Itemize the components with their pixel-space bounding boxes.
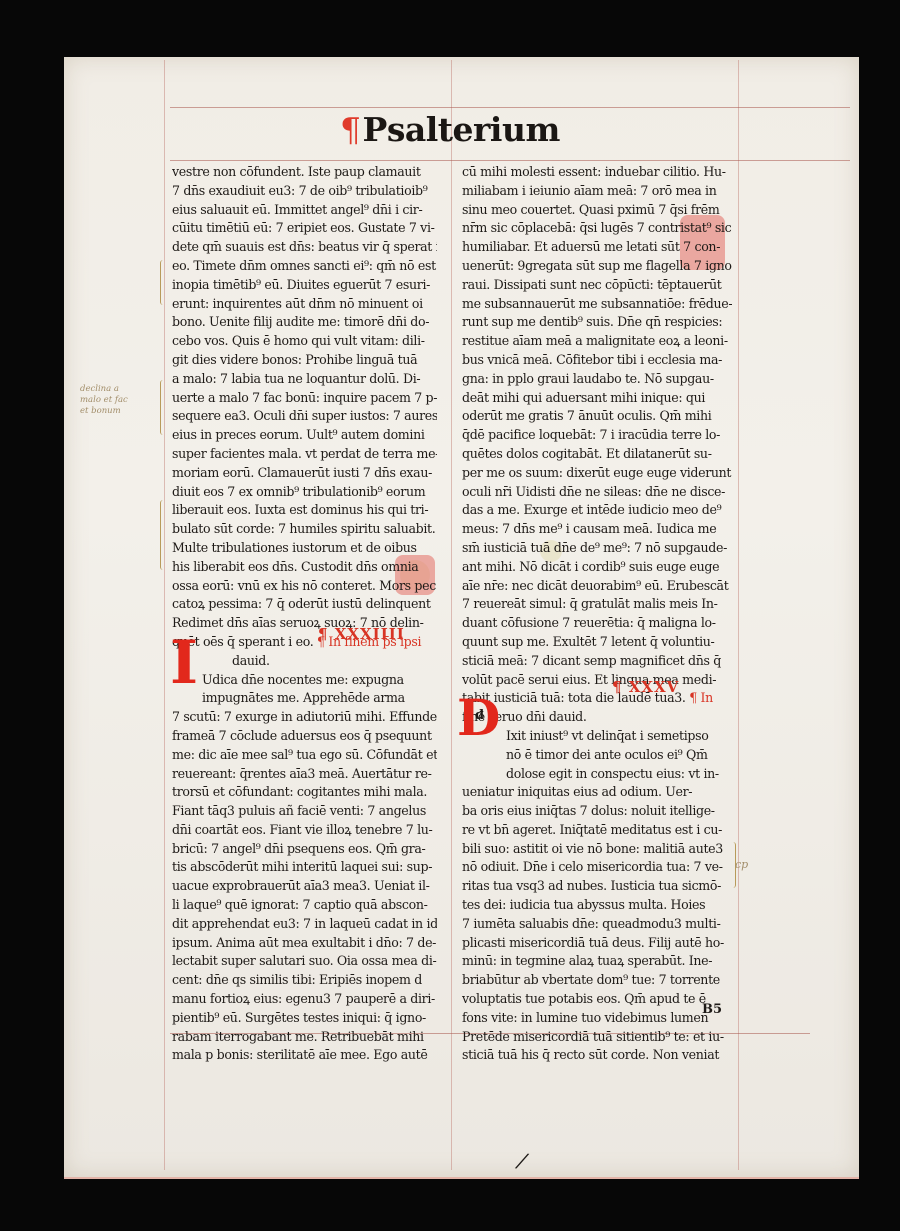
text-line: 7 iumēta saluabis dn̄e: queadmodu3 multi…	[462, 915, 732, 934]
annotation-line: declina a	[80, 384, 160, 395]
text-line: uacue exprobrauerūt aīa3 mea3. Ueniat il…	[172, 877, 437, 896]
ruling-line-center	[451, 60, 452, 1170]
pilcrow-icon: ¶	[340, 110, 361, 149]
text-line: a malo: 7 labia tua ne loquantur dolū. D…	[172, 370, 437, 389]
text-line: eius saluauit eū. Immittet angel⁹ dn̄i i…	[172, 201, 437, 220]
text-line: cū mihi molesti essent: induebar cilitio…	[462, 163, 732, 182]
text-line: erunt: inquirentes aūt dn̄m nō minuent o…	[172, 295, 437, 314]
text-line: dete qm̄ suauis est dn̄s: beatus vir q̄ …	[172, 238, 437, 257]
text-line: reuereant: q̄rentes aīa3 meā. Auertātur …	[172, 765, 437, 784]
text-line: aīe nr̄e: nec dicāt deuorabim⁹ eū. Erube…	[462, 577, 732, 596]
text-line: cent: dn̄e qs similis tibi: Eripiēs inop…	[172, 971, 437, 990]
text-line: sm̄ iusticiā tuā dn̄e de⁹ me⁹: 7 nō supg…	[462, 539, 732, 558]
text-line: fons vite: in lumine tuo videbimus lumen	[462, 1009, 732, 1028]
text-line: das a me. Exurge et intēde iudicio meo d…	[462, 501, 732, 520]
rubric-heading: ¶ In	[689, 690, 713, 705]
ruling-line-top	[170, 107, 850, 108]
text-line: ant mihi. Nō dicāt i cordib⁹ suis euge e…	[462, 558, 732, 577]
text-line: bono. Uenite filij audite me: timorē dn̄…	[172, 313, 437, 332]
text-line: ipsum. Anima aūt mea exultabit i dn̄o: 7…	[172, 934, 437, 953]
text-line: dauid.	[172, 652, 437, 671]
text-line: bus vnicā meā. Cōfitebor tibi i ecclesia…	[462, 351, 732, 370]
text-line: briabūtur ab vbertate dom⁹ tue: 7 torren…	[462, 971, 732, 990]
text-line: oderūt me gratis 7 ānuūt oculis. Qm̄ mih…	[462, 407, 732, 426]
text-line: catoꝝ pessima: 7 q̄ oderūt iustū delinqu…	[172, 595, 437, 614]
text-line: ritas tua vsq3 ad nubes. Iusticia tua si…	[462, 877, 732, 896]
text-line: quunt sup me. Exultēt 7 letent q̄ volunt…	[462, 633, 732, 652]
text-line: plicasti misericordiā tuā deus. Filij au…	[462, 934, 732, 953]
text-line: ossa eorū: vnū ex his nō conteret. Mors …	[172, 577, 437, 596]
psalm-number-left: ¶ XXXIIII	[318, 625, 405, 643]
rubric-heading-cont: dauid.	[232, 653, 270, 668]
text-line: rabam iterrogabant me. Retribuebāt mihi	[172, 1028, 437, 1047]
guide-letter: d	[475, 709, 484, 723]
text-line: Udica dn̄e nocentes me: expugna	[172, 671, 437, 690]
text-line: pientib⁹ eū. Surgētes testes iniqui: q̄ …	[172, 1009, 437, 1028]
text-line: voluptatis tue potabis eos. Qm̄ apud te …	[462, 990, 732, 1009]
text-line: vestre non cōfundent. Iste paup clamauit	[172, 163, 437, 182]
text-line: sequere ea3. Oculi dn̄i super iustos: 7 …	[172, 407, 437, 426]
text-line: ba oris eius iniq̄tas 7 dolus: noluit it…	[462, 802, 732, 821]
text-line: nō ē timor dei ante oculos ei⁹ Qm̄	[462, 746, 732, 765]
text-line: quētes dolos cogitabāt. Et dilatanerūt s…	[462, 445, 732, 464]
text-line: Fiant tāq3 puluis añ faciē venti: 7 ange…	[172, 802, 437, 821]
annotation-line: malo et fac	[80, 395, 160, 406]
text-line: lectabit super salutari suo. Oia ossa me…	[172, 952, 437, 971]
text-line: sticiā meā: 7 dicant semp magnificet dn̄…	[462, 652, 732, 671]
text-line: cūitu timētiū eū: 7 eripiet eos. Gustate…	[172, 219, 437, 238]
right-text-column: cū mihi molesti essent: induebar cilitio…	[462, 163, 732, 1065]
text-line: nō odiuit. Dn̄e i celo misericordia tua:…	[462, 858, 732, 877]
rubricated-initial-i: I	[170, 632, 196, 694]
text-line: uenerūt: 9gregata sūt sup me flagella 7 …	[462, 257, 732, 276]
text-line: dolose egit in conspectu eius: vt in-	[462, 765, 732, 784]
left-text-column: vestre non cōfundent. Iste paup clamauit…	[172, 163, 437, 1065]
text-line: uerte a malo 7 fac bonū: inquire pacem 7…	[172, 389, 437, 408]
text-line: 7 dn̄s exaudiuit eu3: 7 de oib⁹ tribulat…	[172, 182, 437, 201]
psalm-number-text: ¶ XXXV	[612, 678, 679, 696]
text-line: dn̄i coartāt eos. Fiant vie illoꝝ tenebr…	[172, 821, 437, 840]
text-line: restitue aīam meā a malignitate eoꝝ a le…	[462, 332, 732, 351]
text-line: nr̄m sic cōplacebā: q̄si lugēs 7 contris…	[462, 219, 732, 238]
text-line: raui. Dissipati sunt nec cōpūcti: tēptau…	[462, 276, 732, 295]
text-line: diuit eos 7 ex omnib⁹ tribulationib⁹ eor…	[172, 483, 437, 502]
text-line: re vt bn̄ ageret. Iniq̄tatē meditatus es…	[462, 821, 732, 840]
text-line: deāt mihi qui aduersant mihi inique: qui	[462, 389, 732, 408]
text-line: 7 reuereāt simul: q̄ gratulāt malis meis…	[462, 595, 732, 614]
text-line: cebo vos. Quis ē homo qui vult vitam: di…	[172, 332, 437, 351]
text-line: oculi nr̄i Uidisti dn̄e ne sileas: dn̄e …	[462, 483, 732, 502]
text-line: duant cōfusione 7 reuerētia: q̄ maligna …	[462, 614, 732, 633]
annotation-line: et bonum	[80, 406, 160, 417]
text-line: eius in preces eorum. Uult⁹ autem domini	[172, 426, 437, 445]
text-line: runt sup me dentib⁹ suis. Dn̄e qn̄ respi…	[462, 313, 732, 332]
marginal-bracket-left	[160, 500, 167, 570]
text-line: bulato sūt corde: 7 humiles spiritu salu…	[172, 520, 437, 539]
psalm-number-text: ¶ XXXIIII	[318, 625, 405, 643]
text-line: git dies videre bonos: Prohibe linguā tu…	[172, 351, 437, 370]
text-line: me subsannauerūt me subsannatiōe: frēdue…	[462, 295, 732, 314]
text-line: Multe tribulationes iustorum et de oibus	[172, 539, 437, 558]
text-line: ueniatur iniquitas eius ad odium. Uer-	[462, 783, 732, 802]
text-line: moriam eorū. Clamauerūt iusti 7 dn̄s exa…	[172, 464, 437, 483]
text-line: frameā 7 cōclude aduersus eos q̄ psequun…	[172, 727, 437, 746]
running-title: ¶Psalterium	[340, 110, 580, 156]
text-line: bili suo: astitit oi vie nō bone: maliti…	[462, 840, 732, 859]
signature-mark: B5	[702, 1002, 722, 1017]
ruling-line-left-outer	[164, 60, 165, 1170]
text-line: liberauit eos. Iuxta est dominus his qui…	[172, 501, 437, 520]
text-line: humiliabar. Et aduersū me letati sūt 7 c…	[462, 238, 732, 257]
text-line: tis abscōderūt mihi interitū laquei sui:…	[172, 858, 437, 877]
marginal-annotation-left: declina a malo et fac et bonum	[80, 384, 160, 417]
marginal-bracket-left	[160, 260, 167, 305]
text-line: his liberabit eos dn̄s. Custodit dn̄s om…	[172, 558, 437, 577]
text-line: tes dei: iudicia tua abyssus multa. Hoie…	[462, 896, 732, 915]
text-line: inopia timētib⁹ eū. Diuites eguerūt 7 es…	[172, 276, 437, 295]
text-line: Pretēde misericordiā tuā sitientib⁹ te: …	[462, 1028, 732, 1047]
ruling-line-right	[738, 60, 739, 1170]
text-line: me: dic aīe mee sal⁹ tua ego sū. Cōfundā…	[172, 746, 437, 765]
text-line: dit apprehendat eu3: 7 in laqueū cadat i…	[172, 915, 437, 934]
text-line: per me os suum: dixerūt euge euge videru…	[462, 464, 732, 483]
text-line: super facientes mala. vt perdat de terra…	[172, 445, 437, 464]
text-line: minū: in tegmine alaꝝ tuaꝝ sperabūt. Ine…	[462, 952, 732, 971]
text-line: meus: 7 dn̄s me⁹ i causam meā. Iudica me	[462, 520, 732, 539]
text-line: trorsū et cōfundant: cogitantes mihi mal…	[172, 783, 437, 802]
text-line: volūt pacē serui eius. Et lingua mea med…	[462, 671, 732, 690]
text-line: sinu meo couertet. Quasi pximū 7 q̄si fr…	[462, 201, 732, 220]
running-title-text: Psalterium	[363, 110, 560, 149]
rubricated-initial-d: D d	[457, 693, 507, 743]
marginal-bracket-left	[160, 380, 167, 435]
text-line: eo. Timete dn̄m omnes sancti ei⁹: qm̄ nō…	[172, 257, 437, 276]
text-line: sticiā tuā his q̄ recto sūt corde. Non v…	[462, 1046, 732, 1065]
text-line: li laque⁹ quē ignorat: 7 captio quā absc…	[172, 896, 437, 915]
text-line: bricū: 7 angel⁹ dn̄i psequens eos. Qm̄ g…	[172, 840, 437, 859]
text-line: gna: in pplo graui laudabo te. Nō supgau…	[462, 370, 732, 389]
text-line: impugnātes me. Apprehēde arma	[172, 689, 437, 708]
text-line: q̄dē pacifice loquebāt: 7 i iracūdia ter…	[462, 426, 732, 445]
text-line: 7 scutū: 7 exurge in adiutoriū mihi. Eff…	[172, 708, 437, 727]
text-line: mala p bonis: sterilitatē aīe mee. Ego a…	[172, 1046, 437, 1065]
text-line: manu fortioꝝ eius: egenu3 7 pauperē a di…	[172, 990, 437, 1009]
text-line: miliabam i ieiunio aīam meā: 7 orō mea i…	[462, 182, 732, 201]
ruling-line-under-title	[170, 160, 850, 161]
psalm-number-right: ¶ XXXV	[612, 678, 679, 696]
marginal-annotation-right: cp	[735, 858, 748, 871]
